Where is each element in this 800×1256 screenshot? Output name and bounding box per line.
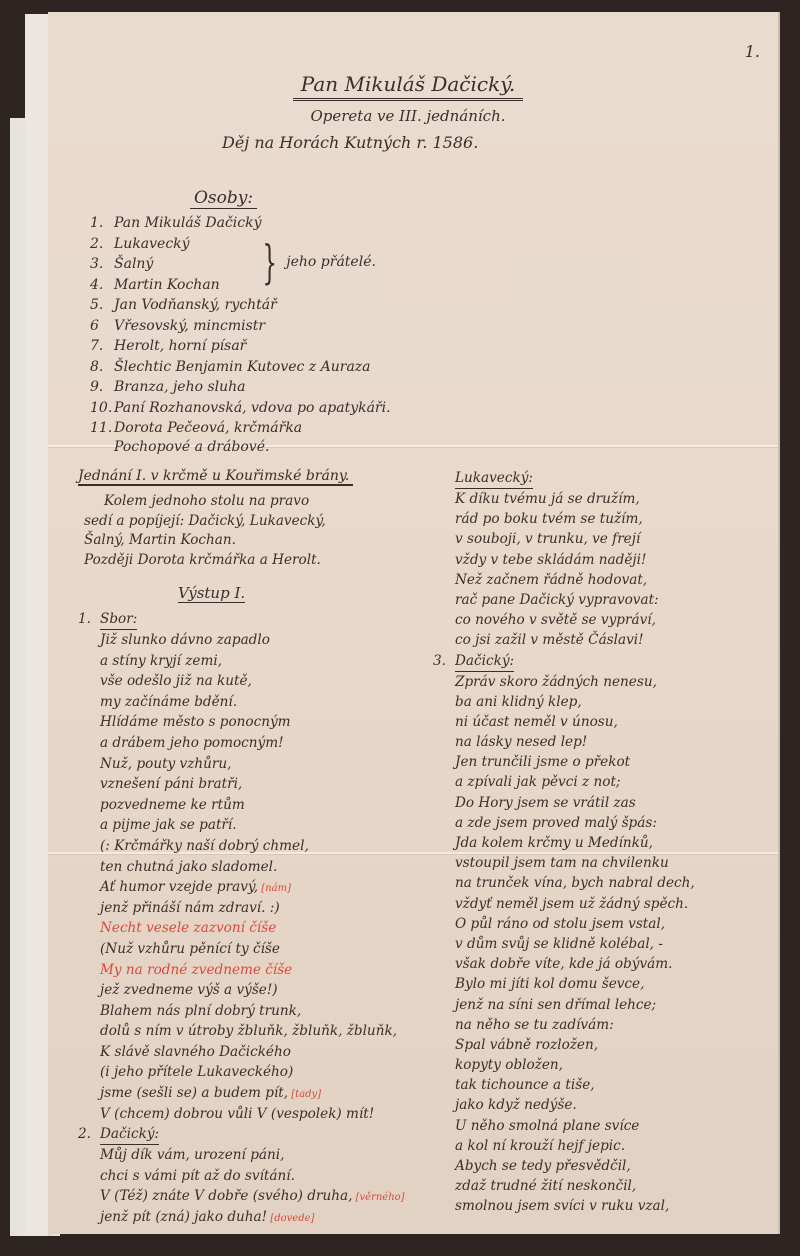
- cast-extras: Pochopové a drábové.: [90, 439, 510, 455]
- verse-line: jako když nedýše.: [455, 1095, 753, 1115]
- cast-item: 9.Branza, jeho sluha: [90, 377, 510, 398]
- verse-line: vždy v tebe skládám naději!: [455, 550, 753, 570]
- verse-line: chci s vámi pít až do svítání.: [100, 1166, 448, 1187]
- section-number: 1.: [78, 609, 100, 630]
- page-number: 1.: [745, 42, 760, 61]
- speaker-row: 2.Dačický:: [78, 1124, 448, 1145]
- red-annotation: [tady]: [288, 1089, 321, 1100]
- red-annotation: [věrného]: [352, 1192, 404, 1203]
- verse-line: a pijme jak se patří.: [100, 815, 448, 836]
- verse-line: a zde jsem proved malý špás:: [455, 813, 753, 833]
- cast-number: 6: [90, 316, 114, 337]
- cast-number: 5.: [90, 295, 114, 316]
- verse-line: vše odešlo již na kutě,: [100, 671, 448, 692]
- verse-line: Abych se tedy přesvědčil,: [455, 1156, 753, 1176]
- cast-name: Dorota Pečeová, krčmářka: [114, 420, 302, 436]
- red-correction-line: Necht vesele zazvoní číše: [100, 918, 448, 939]
- brace-icon: }: [262, 239, 277, 285]
- verse-line: kopyty obložen,: [455, 1055, 753, 1075]
- verse-line: jenž na síni sen dřímal lehce;: [455, 995, 753, 1015]
- verse-line: však dobře víte, kde já obývám.: [455, 954, 753, 974]
- verse-line: Jda kolem krčmy u Medínků,: [455, 833, 753, 853]
- cast-item: 6Vřesovský, mincmistr: [90, 316, 510, 337]
- act-heading: Jednání I. v krčmě u Kouřimské brány.: [78, 468, 353, 486]
- left-column: Jednání I. v krčmě u Kouřimské brány. Ko…: [78, 468, 448, 1228]
- verse-line: a zpívali jak pěvci z not;: [455, 772, 753, 792]
- right-column: Lukavecký:K díku tvému já se družím,rád …: [433, 468, 753, 1217]
- verse-line: jež zvedneme výš a výše!): [100, 980, 448, 1001]
- verse-block: Již slunko dávno zapadloa stíny kryjí ze…: [78, 630, 448, 1124]
- verse-line: Ať humor vzejde pravý, [nám]: [100, 877, 448, 898]
- verse-line: V (chcem) dobrou vůli V (vespolek) mít!: [100, 1104, 448, 1125]
- verse-line: co nového v světě se vypráví,: [455, 610, 753, 630]
- stage-direction-line: sedí a popíjejí: Dačický, Lukavecký,: [84, 512, 448, 532]
- cast-heading: Osoby:: [190, 188, 257, 209]
- cast-number: 1.: [90, 213, 114, 234]
- stage-directions: Kolem jednoho stolu na pravosedí a popíj…: [78, 492, 448, 570]
- verse-line: smolnou jsem svíci v ruku vzal,: [455, 1196, 753, 1216]
- cast-name: Jan Vodňanský, rychtář: [114, 297, 277, 313]
- verse-line: rád po boku tvém se tužím,: [455, 509, 753, 529]
- verse-line: Spal vábně rozložen,: [455, 1035, 753, 1055]
- section-number: [433, 468, 455, 489]
- verse-line: vstoupil jsem tam na chvilenku: [455, 853, 753, 873]
- speaker-name: Sbor:: [100, 609, 137, 630]
- cast-number: 2.: [90, 234, 114, 255]
- left-sections: 1.Sbor:Již slunko dávno zapadloa stíny k…: [78, 609, 448, 1228]
- verse-line: a drábem jeho pomocným!: [100, 733, 448, 754]
- speaker-name: Dačický:: [100, 1124, 159, 1145]
- cast-name: Herolt, horní písař: [114, 338, 246, 354]
- cast-item: 7.Herolt, horní písař: [90, 336, 510, 357]
- manuscript-page: 1. Pan Mikuláš Dačický. Opereta ve III. …: [48, 12, 780, 1234]
- speaker-row: 3.Dačický:: [433, 651, 753, 672]
- verse-line: (: Krčmářky naší dobrý chmel,: [100, 836, 448, 857]
- verse-line: tak tichounce a tiše,: [455, 1075, 753, 1095]
- cast-name: Vřesovský, mincmistr: [114, 318, 265, 334]
- verse-line: Zpráv skoro žádných nenesu,: [455, 672, 753, 692]
- cast-number: 11.: [90, 418, 114, 439]
- verse-line: na trunček vína, bych nabral dech,: [455, 873, 753, 893]
- verse-line: na lásky nesed lep!: [455, 732, 753, 752]
- red-annotation: [dovede]: [267, 1213, 314, 1224]
- brace-label: jeho přátelé.: [286, 254, 376, 270]
- cast-name: Pan Mikuláš Dačický: [114, 215, 262, 231]
- subtitle: Opereta ve III. jednáních.: [218, 107, 598, 125]
- title-block: Pan Mikuláš Dačický. Opereta ve III. jed…: [218, 72, 598, 152]
- cast-number: 3.: [90, 254, 114, 275]
- red-annotation: [nám]: [258, 883, 291, 894]
- cast-list: Osoby: 1.Pan Mikuláš Dačický2.Lukavecký3…: [90, 188, 510, 455]
- verse-line: jenž pít (zná) jako duha! [dovede]: [100, 1207, 448, 1228]
- paper-margin-strip: [25, 14, 50, 1236]
- cast-name: Lukavecký: [114, 236, 190, 252]
- page-title: Pan Mikuláš Dačický.: [293, 72, 523, 101]
- stage-direction-line: Kolem jednoho stolu na pravo: [84, 492, 448, 512]
- verse-line: Než začnem řádně hodovat,: [455, 570, 753, 590]
- cast-number: 4.: [90, 275, 114, 296]
- verse-line: a stíny kryjí zemi,: [100, 651, 448, 672]
- verse-line: pozvedneme ke rtům: [100, 795, 448, 816]
- speaker-name: Lukavecký:: [455, 468, 533, 489]
- cast-name: Šalný: [114, 256, 153, 272]
- verse-line: Nuž, pouty vzhůru,: [100, 754, 448, 775]
- verse-line: K díku tvému já se družím,: [455, 489, 753, 509]
- verse-line: V (Též) znáte V dobře (svého) druha, [vě…: [100, 1186, 448, 1207]
- stage-direction-line: Šalný, Martin Kochan.: [84, 531, 448, 551]
- verse-line: Blahem nás plní dobrý trunk,: [100, 1001, 448, 1022]
- verse-line: a kol ní krouží hejf jepic.: [455, 1136, 753, 1156]
- cast-number: 9.: [90, 377, 114, 398]
- setting-line: Děj na Horách Kutných r. 1586.: [218, 133, 598, 152]
- section-number: 3.: [433, 651, 455, 672]
- verse-line: ten chutná jako sladomel.: [100, 857, 448, 878]
- verse-line: ba ani klidný klep,: [455, 692, 753, 712]
- verse-line: Můj dík vám, urození páni,: [100, 1145, 448, 1166]
- scene-heading: Výstup I.: [178, 584, 245, 603]
- verse-line: v souboji, v trunku, ve frejí: [455, 529, 753, 549]
- verse-line: my začínáme bdění.: [100, 692, 448, 713]
- cast-number: 7.: [90, 336, 114, 357]
- verse-line: jsme (sešli se) a budem pít, [tady]: [100, 1083, 448, 1104]
- cast-item: 11.Dorota Pečeová, krčmářka: [90, 418, 510, 439]
- verse-line: Hlídáme město s ponocným: [100, 712, 448, 733]
- right-sections: Lukavecký:K díku tvému já se družím,rád …: [433, 468, 753, 1217]
- cast-item: 8.Šlechtic Benjamin Kutovec z Auraza: [90, 357, 510, 378]
- verse-line: ni účast neměl v únosu,: [455, 712, 753, 732]
- verse-line: (i jeho přítele Lukaveckého): [100, 1062, 448, 1083]
- verse-line: K slávě slavného Dačického: [100, 1042, 448, 1063]
- verse-line: co jsi zažil v městě Čáslavi!: [455, 630, 753, 650]
- verse-block: Můj dík vám, urození páni,chci s vámi pí…: [78, 1145, 448, 1227]
- cast-number: 10.: [90, 398, 114, 419]
- verse-line: na něho se tu zadívám:: [455, 1015, 753, 1035]
- friends-brace: } jeho přátelé.: [255, 231, 405, 293]
- cast-item: 5.Jan Vodňanský, rychtář: [90, 295, 510, 316]
- cast-name: Paní Rozhanovská, vdova po apatykáři.: [114, 400, 391, 416]
- verse-line: rač pane Dačický vypravovat:: [455, 590, 753, 610]
- verse-line: O půl ráno od stolu jsem vstal,: [455, 914, 753, 934]
- verse-block: K díku tvému já se družím,rád po boku tv…: [433, 489, 753, 651]
- verse-line: Bylo mi jíti kol domu ševce,: [455, 974, 753, 994]
- speaker-row: Lukavecký:: [433, 468, 753, 489]
- verse-line: Již slunko dávno zapadlo: [100, 630, 448, 651]
- verse-line: v dům svůj se klidně kolébal, -: [455, 934, 753, 954]
- cast-name: Šlechtic Benjamin Kutovec z Auraza: [114, 359, 371, 375]
- red-correction-line: My na rodné zvedneme číše: [100, 960, 448, 981]
- section-number: 2.: [78, 1124, 100, 1145]
- verse-line: zdaž trudné žití neskončil,: [455, 1176, 753, 1196]
- cast-number: 8.: [90, 357, 114, 378]
- stage-direction-line: Později Dorota krčmářka a Herolt.: [84, 551, 448, 571]
- verse-line: Do Hory jsem se vrátil zas: [455, 793, 753, 813]
- verse-block: Zpráv skoro žádných nenesu,ba ani klidný…: [433, 672, 753, 1217]
- verse-line: Jen trunčili jsme o překot: [455, 752, 753, 772]
- verse-line: U něho smolná plane svíce: [455, 1116, 753, 1136]
- cast-name: Martin Kochan: [114, 277, 220, 293]
- verse-line: (Nuž vzhůru pěnící ty číše: [100, 939, 448, 960]
- cast-name: Branza, jeho sluha: [114, 379, 246, 395]
- cast-item: 10.Paní Rozhanovská, vdova po apatykáři.: [90, 398, 510, 419]
- speaker-row: 1.Sbor:: [78, 609, 448, 630]
- verse-line: dolů s ním v útroby žbluňk, žbluňk, žblu…: [100, 1021, 448, 1042]
- verse-line: vznešení páni bratři,: [100, 774, 448, 795]
- speaker-name: Dačický:: [455, 651, 514, 672]
- verse-line: jenž přináší nám zdraví. :): [100, 898, 448, 919]
- verse-line: vždyť neměl jsem už žádný spěch.: [455, 894, 753, 914]
